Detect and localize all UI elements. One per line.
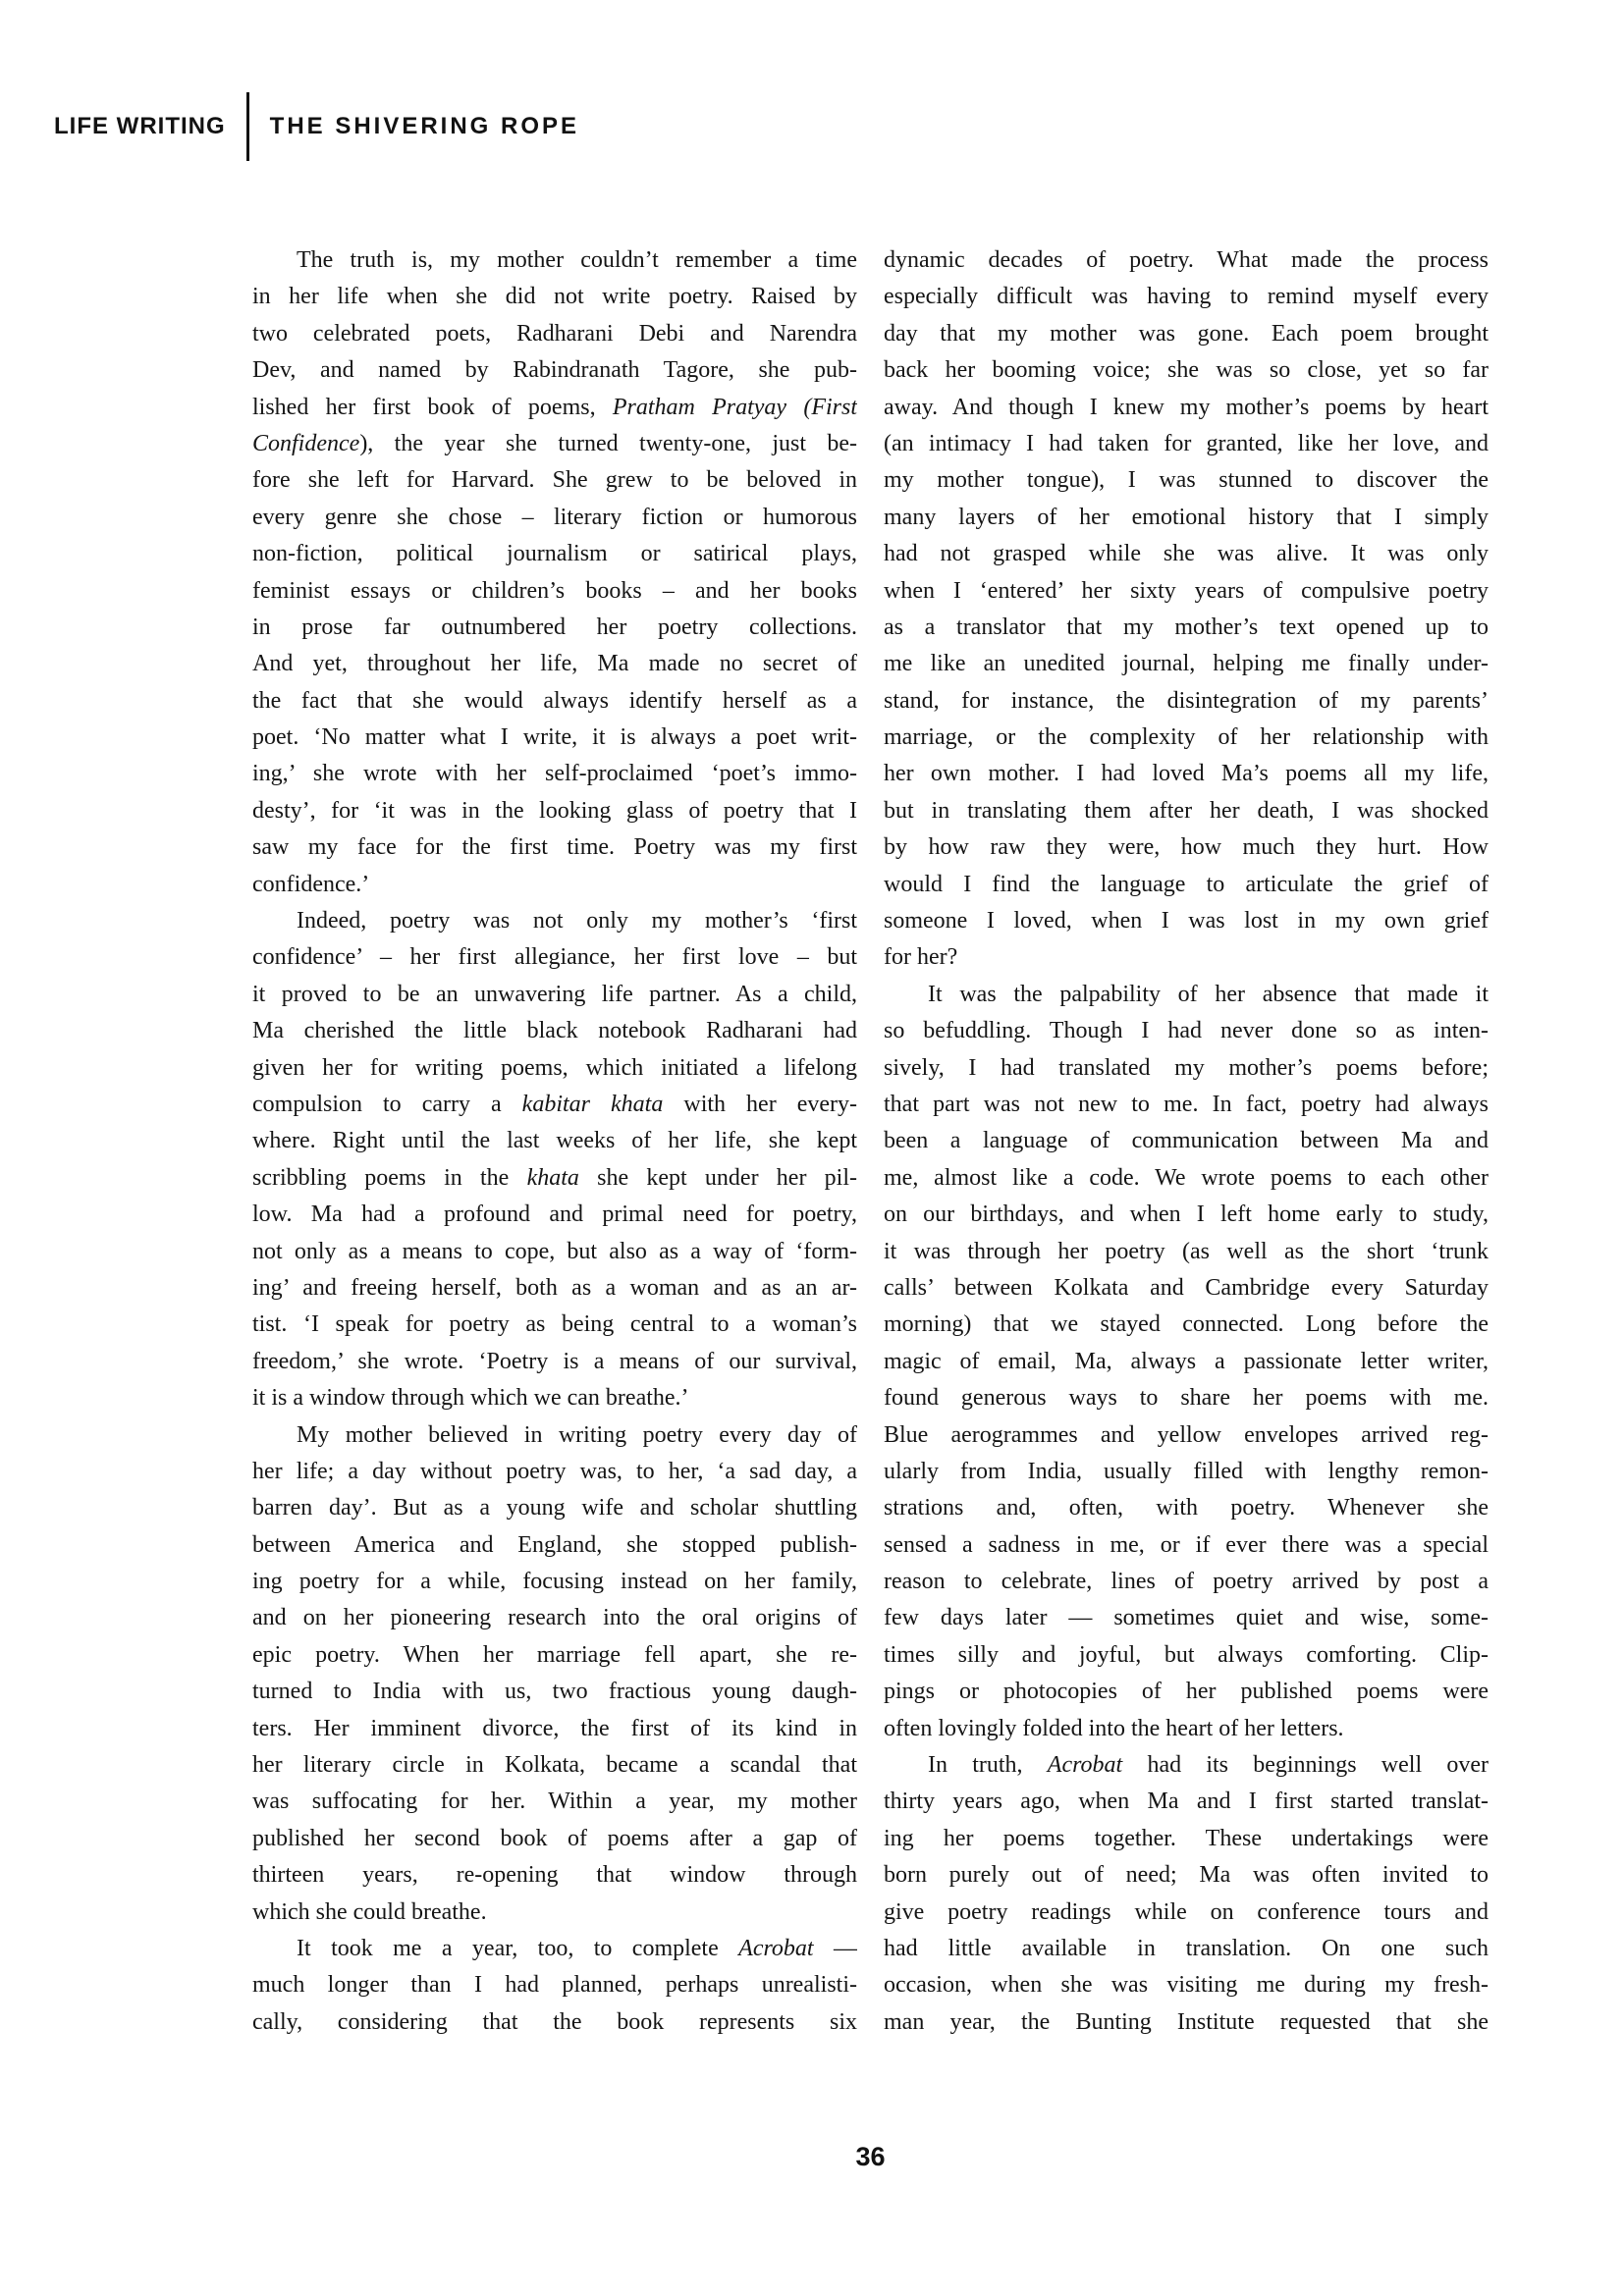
text-line: the fact that she would always identify …: [252, 683, 857, 720]
text-line: had not grasped while she was alive. It …: [884, 536, 1489, 572]
text-line: ularly from India, usually filled with l…: [884, 1454, 1489, 1490]
column-left: The truth is, my mother couldn’t remembe…: [252, 242, 857, 2041]
section-label: LIFE WRITING: [54, 113, 226, 140]
text-line: and on her pioneering research into the …: [252, 1600, 857, 1636]
text-line: magic of email, Ma, always a passionate …: [884, 1344, 1489, 1380]
text-line: so befuddling. Though I had never done s…: [884, 1013, 1489, 1049]
text-line: In truth, Acrobat had its beginnings wel…: [884, 1747, 1489, 1784]
text-line: (an intimacy I had taken for granted, li…: [884, 426, 1489, 462]
text-line: her life; a day without poetry was, to h…: [252, 1454, 857, 1490]
text-line: away. And though I knew my mother’s poem…: [884, 390, 1489, 426]
text-line: epic poetry. When her marriage fell apar…: [252, 1637, 857, 1674]
text-line: poet. ‘No matter what I write, it is alw…: [252, 720, 857, 756]
paragraph: Indeed, poetry was not only my mother’s …: [252, 903, 857, 1416]
text-line: for her?: [884, 939, 1489, 976]
text-line: published her second book of poems after…: [252, 1821, 857, 1857]
paragraph: The truth is, my mother couldn’t remembe…: [252, 242, 857, 903]
text-line: it was through her poetry (as well as th…: [884, 1234, 1489, 1270]
text-line: It was the palpability of her absence th…: [884, 977, 1489, 1013]
text-line: back her booming voice; she was so close…: [884, 352, 1489, 389]
text-line: reason to celebrate, lines of poetry arr…: [884, 1564, 1489, 1600]
header-divider-rule: [246, 92, 249, 161]
text-line: given her for writing poems, which initi…: [252, 1050, 857, 1087]
text-line: thirty years ago, when Ma and I first st…: [884, 1784, 1489, 1820]
text-line: cally, considering that the book represe…: [252, 2004, 857, 2041]
text-line: marriage, or the complexity of her relat…: [884, 720, 1489, 756]
text-line: Ma cherished the little black notebook R…: [252, 1013, 857, 1049]
text-line: The truth is, my mother couldn’t remembe…: [252, 242, 857, 279]
body-text: The truth is, my mother couldn’t remembe…: [252, 242, 1489, 2041]
text-line: many layers of her emotional history tha…: [884, 500, 1489, 536]
text-line: as a translator that my mother’s text op…: [884, 610, 1489, 646]
text-line: scribbling poems in the khata she kept u…: [252, 1160, 857, 1197]
book-page: LIFE WRITING THE SHIVERING ROPE The trut…: [0, 0, 1624, 2296]
running-header: LIFE WRITING THE SHIVERING ROPE: [54, 92, 579, 161]
text-line: calls’ between Kolkata and Cambridge eve…: [884, 1270, 1489, 1307]
paragraph: In truth, Acrobat had its beginnings wel…: [884, 1747, 1489, 2041]
text-line: had little available in translation. On …: [884, 1931, 1489, 1967]
text-line: was suffocating for her. Within a year, …: [252, 1784, 857, 1820]
text-line: My mother believed in writing poetry eve…: [252, 1417, 857, 1454]
text-line: fore she left for Harvard. She grew to b…: [252, 462, 857, 499]
text-line: morning) that we stayed connected. Long …: [884, 1307, 1489, 1343]
article-title: THE SHIVERING ROPE: [270, 113, 579, 140]
text-line: where. Right until the last weeks of her…: [252, 1123, 857, 1159]
text-line: strations and, often, with poetry. Whene…: [884, 1490, 1489, 1526]
text-line: ing her poems together. These undertakin…: [884, 1821, 1489, 1857]
text-line: saw my face for the first time. Poetry w…: [252, 829, 857, 866]
text-line: me like an unedited journal, helping me …: [884, 646, 1489, 682]
text-line: non-fiction, political journalism or sat…: [252, 536, 857, 572]
text-line: two celebrated poets, Radharani Debi and…: [252, 316, 857, 352]
text-line: between America and England, she stopped…: [252, 1527, 857, 1564]
text-line: been a language of communication between…: [884, 1123, 1489, 1159]
text-line: feminist essays or children’s books – an…: [252, 573, 857, 610]
text-line: confidence.’: [252, 867, 857, 903]
text-line: Indeed, poetry was not only my mother’s …: [252, 903, 857, 939]
text-line: that part was not new to me. In fact, po…: [884, 1087, 1489, 1123]
text-line: stand, for instance, the disintegration …: [884, 683, 1489, 720]
text-line: compulsion to carry a kabitar khata with…: [252, 1087, 857, 1123]
text-line: by how raw they were, how much they hurt…: [884, 829, 1489, 866]
text-line: her literary circle in Kolkata, became a…: [252, 1747, 857, 1784]
text-line: few days later — sometimes quiet and wis…: [884, 1600, 1489, 1636]
text-line: ters. Her imminent divorce, the first of…: [252, 1711, 857, 1747]
text-line: desty’, for ‘it was in the looking glass…: [252, 793, 857, 829]
text-line: ing’ and freeing herself, both as a woma…: [252, 1270, 857, 1307]
text-line: me, almost like a code. We wrote poems t…: [884, 1160, 1489, 1197]
paragraph: dynamic decades of poetry. What made the…: [884, 242, 1489, 977]
text-line: give poetry readings while on conference…: [884, 1895, 1489, 1931]
text-line: thirteen years, re-opening that window t…: [252, 1857, 857, 1894]
paragraph: It took me a year, too, to complete Acro…: [252, 1931, 857, 2041]
text-line: dynamic decades of poetry. What made the…: [884, 242, 1489, 279]
text-line: Dev, and named by Rabindranath Tagore, s…: [252, 352, 857, 389]
text-line: her own mother. I had loved Ma’s poems a…: [884, 756, 1489, 792]
text-line: barren day’. But as a young wife and sch…: [252, 1490, 857, 1526]
text-line: would I find the language to articulate …: [884, 867, 1489, 903]
text-line: times silly and joyful, but always comfo…: [884, 1637, 1489, 1674]
paragraph: My mother believed in writing poetry eve…: [252, 1417, 857, 1931]
text-line: turned to India with us, two fractious y…: [252, 1674, 857, 1710]
paragraph: It was the palpability of her absence th…: [884, 977, 1489, 1747]
text-line: confidence’ – her first allegiance, her …: [252, 939, 857, 976]
text-line: born purely out of need; Ma was often in…: [884, 1857, 1489, 1894]
text-line: pings or photocopies of her published po…: [884, 1674, 1489, 1710]
text-line: lished her first book of poems, Pratham …: [252, 390, 857, 426]
text-line: my mother tongue), I was stunned to disc…: [884, 462, 1489, 499]
text-line: not only as a means to cope, but also as…: [252, 1234, 857, 1270]
text-line: much longer than I had planned, perhaps …: [252, 1967, 857, 2003]
text-line: low. Ma had a profound and primal need f…: [252, 1197, 857, 1233]
text-line: someone I loved, when I was lost in my o…: [884, 903, 1489, 939]
text-line: tist. ‘I speak for poetry as being centr…: [252, 1307, 857, 1343]
text-line: often lovingly folded into the heart of …: [884, 1711, 1489, 1747]
text-line: it proved to be an unwavering life partn…: [252, 977, 857, 1013]
text-line: And yet, throughout her life, Ma made no…: [252, 646, 857, 682]
text-line: ing,’ she wrote with her self-proclaimed…: [252, 756, 857, 792]
text-line: sensed a sadness in me, or if ever there…: [884, 1527, 1489, 1564]
text-line: sively, I had translated my mother’s poe…: [884, 1050, 1489, 1087]
page-number: 36: [252, 2142, 1489, 2172]
text-line: Confidence), the year she turned twenty-…: [252, 426, 857, 462]
text-line: ing poetry for a while, focusing instead…: [252, 1564, 857, 1600]
text-line: found generous ways to share her poems w…: [884, 1380, 1489, 1416]
column-right: dynamic decades of poetry. What made the…: [884, 242, 1489, 2041]
text-line: in her life when she did not write poetr…: [252, 279, 857, 315]
text-line: freedom,’ she wrote. ‘Poetry is a means …: [252, 1344, 857, 1380]
text-line: it is a window through which we can brea…: [252, 1380, 857, 1416]
text-line: It took me a year, too, to complete Acro…: [252, 1931, 857, 1967]
text-line: but in translating them after her death,…: [884, 793, 1489, 829]
text-line: occasion, when she was visiting me durin…: [884, 1967, 1489, 2003]
text-line: when I ‘entered’ her sixty years of comp…: [884, 573, 1489, 610]
text-line: man year, the Bunting Institute requeste…: [884, 2004, 1489, 2041]
text-line: which she could breathe.: [252, 1895, 857, 1931]
text-line: day that my mother was gone. Each poem b…: [884, 316, 1489, 352]
text-line: every genre she chose – literary fiction…: [252, 500, 857, 536]
text-line: especially difficult was having to remin…: [884, 279, 1489, 315]
text-line: in prose far outnumbered her poetry coll…: [252, 610, 857, 646]
text-line: Blue aerogrammes and yellow envelopes ar…: [884, 1417, 1489, 1454]
text-line: on our birthdays, and when I left home e…: [884, 1197, 1489, 1233]
